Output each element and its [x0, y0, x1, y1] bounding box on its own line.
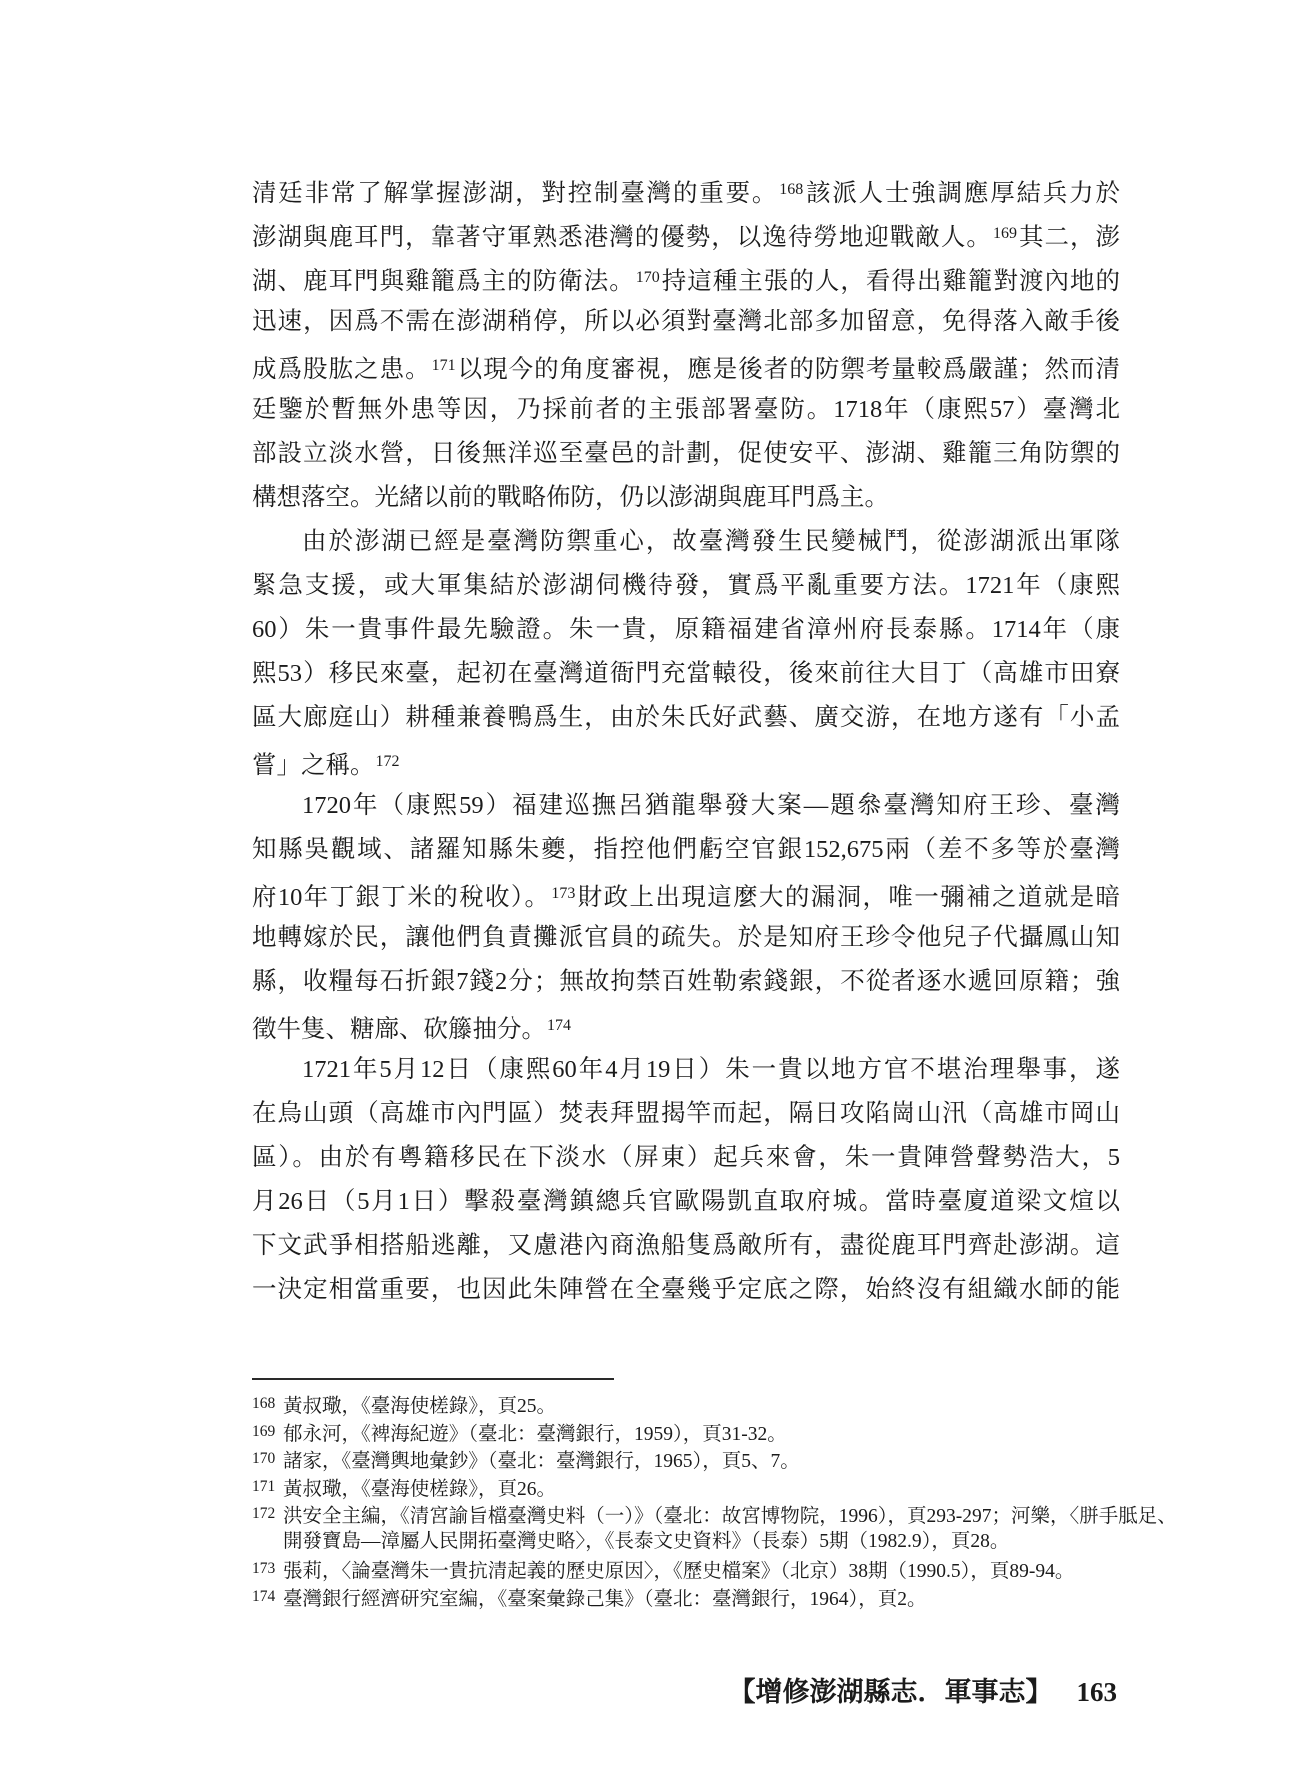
body-line: 在烏山頭（高雄市內門區）焚表拜盟揭竿而起，隔日攻陷崗山汛（高雄市岡山: [252, 1092, 1120, 1136]
footnote-text: 開發寶島—漳屬人民開拓臺灣史略〉，《長泰文史資料》（長泰）5期（1982.9），…: [283, 1531, 1009, 1552]
body-text-segment: 澎湖與鹿耳門，靠著守軍熟悉港灣的優勢，以逸待勞地迎戰敵人。: [252, 224, 992, 251]
footnote-line: 173張莉，〈論臺灣朱一貴抗清起義的歷史原因〉，《歷史檔案》（北京）38期（19…: [252, 1555, 1124, 1583]
body-line: 構想落空。光緒以前的戰略佈防，仍以澎湖與鹿耳門爲主。: [252, 476, 1120, 520]
body-text-segment: 嘗」之稱。: [252, 752, 375, 779]
body-text-segment: 徵牛隻、糖廍、砍籐抽分。: [252, 1016, 546, 1043]
body-line: 縣，收糧每石折銀7錢2分；無故拘禁百姓勒索錢銀，不從者逐水遞回原籍；強: [252, 960, 1120, 1004]
footnote-marker: 168: [252, 1390, 283, 1418]
body-text-segment: 以現今的角度審視，應是後者的防禦考量較爲嚴謹；然而清: [457, 356, 1120, 383]
body-text-segment: 該派人士強調應厚結兵力於: [804, 180, 1120, 207]
footnote-text: 郁永河，《裨海紀遊》（臺北：臺灣銀行，1959），頁31-32。: [283, 1424, 787, 1445]
footnote-ref: 171: [431, 357, 457, 374]
footnote-marker: 171: [252, 1473, 283, 1501]
footnote-text: 黃叔璥，《臺海使槎錄》，頁25。: [283, 1396, 556, 1417]
body-text-segment: 熙53）移民來臺，起初在臺灣道衙門充當轅役，後來前往大目丁（高雄市田寮: [252, 660, 1120, 687]
body-line: 部設立淡水營，日後無洋巡至臺邑的計劃，促使安平、澎湖、雞籠三角防禦的: [252, 432, 1120, 476]
body-text-segment: 1720年（康熙59）福建巡撫呂猶龍舉發大案—題叅臺灣知府王珍、臺灣: [302, 792, 1120, 819]
body-line: 廷鑒於暫無外患等因，乃採前者的主張部署臺防。1718年（康熙57）臺灣北: [252, 388, 1120, 432]
body-text-segment: 下文武爭相搭船逃離，又慮港內商漁船隻爲敵所有，盡從鹿耳門齊赴澎湖。這: [252, 1232, 1120, 1259]
body-line: 地轉嫁於民，讓他們負責攤派官員的疏失。於是知府王珍令他兒子代攝鳳山知: [252, 916, 1120, 960]
footnote-marker: 172: [252, 1500, 283, 1528]
footnote-text: 黃叔璥，《臺海使槎錄》，頁26。: [283, 1479, 556, 1500]
footnote-text: 洪安全主編，《清宮諭旨檔臺灣史料（一）》（臺北：故宮博物院，1996），頁293…: [283, 1506, 1177, 1527]
body-line: 1721年5月12日（康熙60年4月19日）朱一貴以地方官不堪治理舉事，遂: [252, 1048, 1120, 1092]
footnote-marker: 170: [252, 1445, 283, 1473]
footnote-ref: 169: [992, 225, 1018, 242]
volume-title: 【增修澎湖縣志．軍事志】: [729, 1677, 1053, 1707]
page-footer: 【增修澎湖縣志．軍事志】163: [729, 1670, 1118, 1709]
footnote-text: 諸家，《臺灣輿地彙鈔》（臺北：臺灣銀行，1965），頁5、7。: [283, 1451, 800, 1472]
body-line: 知縣吳觀域、諸羅知縣朱夔，指控他們虧空官銀152,675兩（差不多等於臺灣: [252, 828, 1120, 872]
body-text-segment: 區）。由於有粵籍移民在下淡水（屏東）起兵來會，朱一貴陣營聲勢浩大，5: [252, 1144, 1120, 1171]
body-line: 60）朱一貴事件最先驗證。朱一貴，原籍福建省漳州府長泰縣。1714年（康: [252, 608, 1120, 652]
body-text-segment: 成爲股肱之患。: [252, 356, 431, 383]
footnote-line: 172洪安全主編，《清宮諭旨檔臺灣史料（一）》（臺北：故宮博物院，1996），頁…: [252, 1500, 1124, 1528]
body-line: 澎湖與鹿耳門，靠著守軍熟悉港灣的優勢，以逸待勞地迎戰敵人。169其二，澎: [252, 212, 1120, 256]
body-text-segment: 一決定相當重要，也因此朱陣營在全臺幾乎定底之際，始終沒有組織水師的能: [252, 1276, 1120, 1303]
body-line: 嘗」之稱。172: [252, 740, 1120, 784]
page-number: 163: [1077, 1677, 1118, 1707]
body-text-segment: 其二，澎: [1018, 224, 1120, 251]
document-page: 清廷非常了解掌握澎湖，對控制臺灣的重要。168該派人士強調應厚結兵力於澎湖與鹿耳…: [0, 0, 1300, 1778]
body-text-segment: 迅速，因爲不需在澎湖稍停，所以必須對臺灣北部多加留意，免得落入敵手後: [252, 308, 1120, 335]
footnote-line: 169郁永河，《裨海紀遊》（臺北：臺灣銀行，1959），頁31-32。: [252, 1418, 1124, 1446]
body-text-segment: 湖、鹿耳門與雞籠爲主的防衛法。: [252, 268, 635, 295]
body-text-segment: 構想落空。光緒以前的戰略佈防，仍以澎湖與鹿耳門爲主。: [252, 484, 889, 511]
body-text-segment: 在烏山頭（高雄市內門區）焚表拜盟揭竿而起，隔日攻陷崗山汛（高雄市岡山: [252, 1100, 1120, 1127]
body-line: 徵牛隻、糖廍、砍籐抽分。174: [252, 1004, 1120, 1048]
body-text-segment: 持這種主張的人，看得出雞籠對渡內地的: [661, 268, 1120, 295]
footnote-marker: 174: [252, 1583, 283, 1611]
body-text-segment: 緊急支援，或大軍集結於澎湖伺機待發，實爲平亂重要方法。1721年（康熙: [252, 572, 1120, 599]
body-text-segment: 財政上出現這麼大的漏洞，唯一彌補之道就是暗: [576, 884, 1120, 911]
body-line: 區）。由於有粵籍移民在下淡水（屏東）起兵來會，朱一貴陣營聲勢浩大，5: [252, 1136, 1120, 1180]
body-text-segment: 60）朱一貴事件最先驗證。朱一貴，原籍福建省漳州府長泰縣。1714年（康: [252, 616, 1120, 643]
footnote-ref: 174: [546, 1017, 572, 1034]
body-text-segment: 1721年5月12日（康熙60年4月19日）朱一貴以地方官不堪治理舉事，遂: [302, 1056, 1120, 1083]
footnote-marker: 173: [252, 1555, 283, 1583]
body-line: 由於澎湖已經是臺灣防禦重心，故臺灣發生民變械鬥，從澎湖派出軍隊: [252, 520, 1120, 564]
footnote-ref: 172: [375, 753, 401, 770]
body-line: 清廷非常了解掌握澎湖，對控制臺灣的重要。168該派人士強調應厚結兵力於: [252, 168, 1120, 212]
body-text-segment: 區大廊庭山）耕種兼養鴨爲生，由於朱氏好武藝、廣交游，在地方遂有「小孟: [252, 704, 1120, 731]
body-text-segment: 縣，收糧每石折銀7錢2分；無故拘禁百姓勒索錢銀，不從者逐水遞回原籍；強: [252, 968, 1120, 995]
body-text-segment: 由於澎湖已經是臺灣防禦重心，故臺灣發生民變械鬥，從澎湖派出軍隊: [302, 528, 1120, 555]
body-text-segment: 地轉嫁於民，讓他們負責攤派官員的疏失。於是知府王珍令他兒子代攝鳳山知: [252, 924, 1120, 951]
footnote-line: 170諸家，《臺灣輿地彙鈔》（臺北：臺灣銀行，1965），頁5、7。: [252, 1445, 1124, 1473]
body-text-segment: 廷鑒於暫無外患等因，乃採前者的主張部署臺防。1718年（康熙57）臺灣北: [252, 396, 1120, 423]
footnote-ref: 170: [635, 269, 661, 286]
body-text-segment: 月26日（5月1日）擊殺臺灣鎮總兵官歐陽凱直取府城。當時臺廈道梁文煊以: [252, 1188, 1120, 1215]
footnote-text: 張莉，〈論臺灣朱一貴抗清起義的歷史原因〉，《歷史檔案》（北京）38期（1990.…: [283, 1561, 1074, 1582]
body-line: 區大廊庭山）耕種兼養鴨爲生，由於朱氏好武藝、廣交游，在地方遂有「小孟: [252, 696, 1120, 740]
footnote-text: 臺灣銀行經濟研究室編，《臺案彙錄己集》（臺北：臺灣銀行，1964），頁2。: [283, 1589, 927, 1610]
footnotes: 168黃叔璥，《臺海使槎錄》，頁25。169郁永河，《裨海紀遊》（臺北：臺灣銀行…: [252, 1390, 1124, 1610]
footnote-line: 開發寶島—漳屬人民開拓臺灣史略〉，《長泰文史資料》（長泰）5期（1982.9），…: [252, 1528, 1124, 1556]
body-text-segment: 府10年丁銀丁米的稅收）。: [252, 884, 550, 911]
footnote-divider: [252, 1378, 614, 1380]
footnote-line: 174臺灣銀行經濟研究室編，《臺案彙錄己集》（臺北：臺灣銀行，1964），頁2。: [252, 1583, 1124, 1611]
body-line: 湖、鹿耳門與雞籠爲主的防衛法。170持這種主張的人，看得出雞籠對渡內地的: [252, 256, 1120, 300]
footnote-ref: 168: [778, 181, 804, 198]
body-text-segment: 部設立淡水營，日後無洋巡至臺邑的計劃，促使安平、澎湖、雞籠三角防禦的: [252, 440, 1120, 467]
body-text: 清廷非常了解掌握澎湖，對控制臺灣的重要。168該派人士強調應厚結兵力於澎湖與鹿耳…: [252, 168, 1120, 1312]
footnote-line: 171黃叔璥，《臺海使槎錄》，頁26。: [252, 1473, 1124, 1501]
footnote-line: 168黃叔璥，《臺海使槎錄》，頁25。: [252, 1390, 1124, 1418]
body-text-segment: 知縣吳觀域、諸羅知縣朱夔，指控他們虧空官銀152,675兩（差不多等於臺灣: [252, 836, 1120, 863]
footnote-marker: 169: [252, 1418, 283, 1446]
body-line: 緊急支援，或大軍集結於澎湖伺機待發，實爲平亂重要方法。1721年（康熙: [252, 564, 1120, 608]
body-line: 月26日（5月1日）擊殺臺灣鎮總兵官歐陽凱直取府城。當時臺廈道梁文煊以: [252, 1180, 1120, 1224]
body-line: 1720年（康熙59）福建巡撫呂猶龍舉發大案—題叅臺灣知府王珍、臺灣: [252, 784, 1120, 828]
footnote-ref: 173: [550, 885, 576, 902]
body-line: 府10年丁銀丁米的稅收）。173財政上出現這麼大的漏洞，唯一彌補之道就是暗: [252, 872, 1120, 916]
body-line: 一決定相當重要，也因此朱陣營在全臺幾乎定底之際，始終沒有組織水師的能: [252, 1268, 1120, 1312]
body-line: 迅速，因爲不需在澎湖稍停，所以必須對臺灣北部多加留意，免得落入敵手後: [252, 300, 1120, 344]
body-text-segment: 清廷非常了解掌握澎湖，對控制臺灣的重要。: [252, 180, 778, 207]
body-line: 下文武爭相搭船逃離，又慮港內商漁船隻爲敵所有，盡從鹿耳門齊赴澎湖。這: [252, 1224, 1120, 1268]
body-line: 熙53）移民來臺，起初在臺灣道衙門充當轅役，後來前往大目丁（高雄市田寮: [252, 652, 1120, 696]
body-line: 成爲股肱之患。171以現今的角度審視，應是後者的防禦考量較爲嚴謹；然而清: [252, 344, 1120, 388]
